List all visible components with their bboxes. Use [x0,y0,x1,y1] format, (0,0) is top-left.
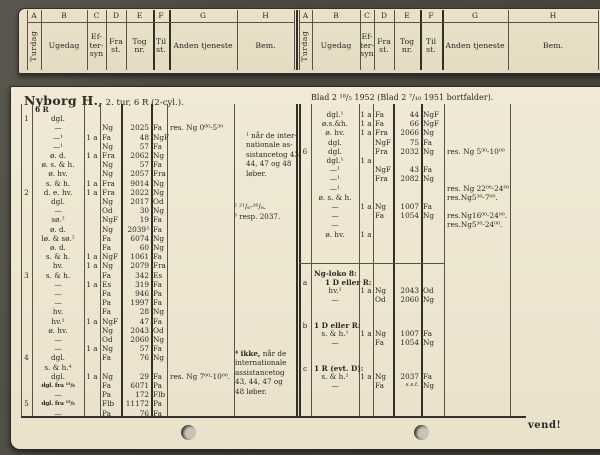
table-cell: 1 a [359,230,373,239]
table-cell: 2025 [121,123,151,132]
rule [106,10,107,70]
column-label-right: Turdag [299,23,312,69]
rule [296,10,298,70]
column-label-vertical: Turdag [301,31,310,62]
table-cell: —¹ [311,165,359,174]
table-cell: Ng [100,169,121,178]
scanned-duty-roster-card: ATurdagBUgedagCEf- ter- synDFra st.ETog … [0,0,600,455]
table-cell: Fa [373,119,393,128]
table-cell: Flb [100,399,121,408]
column-label-right: Ugedag [312,23,360,69]
table-cell: NgF [373,138,393,147]
table-cell: Ng [151,179,167,188]
anden-tjeneste-cell: res. Ng 22⁰⁰-24⁰⁰ [444,184,510,193]
table-cell: Fa [100,133,121,142]
table-cell: Fa [151,252,167,261]
table-cell: lø. & sø.² [32,234,84,243]
table-cell: Fa [151,317,167,326]
table-cell: 172 [121,390,151,399]
table-cell: Fa [421,138,444,147]
table-cell: 1 a [359,128,373,137]
table-cell: Fra [151,261,167,270]
column-label-left: Ef- ter- syn [87,23,106,69]
rule [312,10,313,70]
table-cell: 1 a [359,156,373,165]
table-cell: — [311,338,359,347]
table-cell: Ng [151,353,167,362]
table-cell: Fa [373,110,393,119]
column-label-right: Bem. [508,23,598,69]
table-cell: — [32,289,84,298]
column-label-left: Tog nr. [126,23,153,69]
table-cell: 1 a [359,372,373,381]
table-cell: Pa [100,390,121,399]
punch-hole [181,425,196,440]
rule [41,10,42,70]
table-cell: Ng [421,211,444,220]
rule [299,22,598,23]
column-label-right: Fra st. [374,23,394,69]
table-cell: Ng [421,174,444,183]
table-cell: Fa [151,123,167,132]
table-cell: Pa [151,381,167,390]
rule [299,263,445,264]
table-cell: Ng [151,243,167,252]
table-cell: Fa [373,211,393,220]
table-cell: Ng [100,142,121,151]
table-cell: 342 [121,271,151,280]
rule [21,104,22,416]
rule [442,10,444,70]
table-cell: Fa [100,289,121,298]
table-cell: 1 a [359,329,373,338]
table-cell: Fa [373,338,393,347]
table-cell: 1 a [359,202,373,211]
table-cell: Ng [100,344,121,353]
table-cell: dgl. [32,114,84,123]
table-bottom-rule [21,416,526,418]
column-letter-left: E [126,10,153,22]
table-cell: — [32,344,84,353]
table-cell: 1 a [84,372,100,381]
table-cell: 1 a [359,286,373,295]
rule [27,22,294,23]
table-cell: 2060 [393,295,421,304]
table-cell: 2017 [121,197,151,206]
table-cell: ø. hv. [311,128,359,137]
table-cell: Ng [421,381,444,390]
column-label-left: Ugedag [41,23,87,69]
table-cell: 5 [21,399,32,408]
table-cell: dgl.¹ [311,156,359,165]
table-cell: s. & h.⁴ [32,363,84,372]
table-cell: 1 a [84,188,100,197]
table-cell: 19 [121,215,151,224]
bem-note-4: ⁴ ikke, når de internationale assistance… [235,349,301,396]
table-cell: Fa [151,142,167,151]
column-letter-right: C [360,10,374,22]
table-cell: 1 a [84,133,100,142]
table-cell: Ng [151,307,167,316]
table-cell: Ng [100,372,121,381]
rule [169,10,171,70]
table-cell: Pa [100,298,121,307]
table-cell: NgF [100,252,121,261]
table-cell: Fa [151,280,167,289]
rule [598,10,599,70]
rule [374,10,375,70]
table-cell: 66 [393,119,421,128]
table-cell: dgl. [32,353,84,362]
column-letter-left: B [41,10,87,22]
column-label-right: Tog nr. [394,23,420,69]
table-cell: 2066 [393,128,421,137]
column-letter-right: G [442,10,508,22]
table-cell: dgl. [32,372,84,381]
table-cell: 43 [393,165,421,174]
anden-tjeneste-cell: res.Ng16⁰⁰-24⁰⁰. [444,211,510,220]
column-letter-right: E [394,10,420,22]
table-cell: 946 [121,289,151,298]
table-cell: ø. d. [32,243,84,252]
column-letter-right: H [508,10,598,22]
column-label-left: Turdag [27,23,41,69]
table-cell: NgF [421,110,444,119]
table-cell: Fa [100,307,121,316]
table-cell: —¹ [32,142,84,151]
table-cell: ø. d. [32,225,84,234]
table-cell: Fa [151,298,167,307]
rule [394,10,395,70]
column-letter-right: D [374,10,394,22]
table-cell: 3 [21,271,32,280]
table-cell: dgl. fra ¹⁵/₆ [32,381,84,390]
table-cell: Od [100,335,121,344]
table-cell: Fa [100,271,121,280]
table-cell: Od [100,206,121,215]
bem-note-3: ³ resp. 2037. [234,212,280,221]
punch-hole [414,425,429,440]
table-cell: 2 [21,188,32,197]
table-cell: Fa [100,353,121,362]
table-cell: 1 a [84,280,100,289]
table-cell: Ng [151,188,167,197]
table-cell: 319 [121,280,151,289]
table-cell: NgF [373,165,393,174]
table-cell: Fa [151,225,167,234]
table-cell: s. & h. [32,252,84,261]
table-cell: NgF [100,317,121,326]
table-cell: dgl. [311,147,359,156]
table-cell: 4 [21,353,32,362]
column-label-right: Til st. [420,23,442,69]
table-cell: Fa [100,381,121,390]
table-cell: 1007 [393,202,421,211]
table-cell: — [311,202,359,211]
table-cell: NgF [151,133,167,142]
table-cell: 1 a [359,119,373,128]
table-cell: 57 [121,160,151,169]
rule [167,104,168,416]
table-cell: — [311,295,359,304]
table-cell: Fa [100,243,121,252]
table-cell: Ng [421,338,444,347]
table-cell: — [311,220,359,229]
column-letter-left: F [153,10,169,22]
table-cell: 1 a [359,110,373,119]
table-cell: ø. hv. [311,230,359,239]
duty-card: Nyborg H., 2. tur, 6 R (2-cyl.). Blad 2 … [10,86,600,450]
table-cell: Ng [421,128,444,137]
table-cell: 1 a [84,151,100,160]
column-label-left: Bem. [237,23,294,69]
table-cell: hv. [32,307,84,316]
table-cell: 75 [393,138,421,147]
table-cell: Ng [100,261,121,270]
table-cell: Ng [421,147,444,156]
header-card: ATurdagBUgedagCEf- ter- synDFra st.ETog … [18,8,600,74]
table-cell: 2057 [121,169,151,178]
table-cell: hv. [32,261,84,270]
table-cell: — [32,280,84,289]
table-cell: ø. d. [32,151,84,160]
column-label-right: Ef- ter- syn [360,23,374,69]
table-cell: 76 [121,353,151,362]
table-cell: Fa [421,202,444,211]
table-cell: Od [151,197,167,206]
column-label-right: Anden tjeneste [442,23,508,69]
table-cell: a [299,278,311,287]
table-cell: dgl. [32,197,84,206]
rule [126,10,127,70]
table-cell: 2082 [393,174,421,183]
table-cell: 2022 [121,188,151,197]
rule [153,10,155,70]
table-cell: Ng [100,225,121,234]
bem-note-4-lead: ⁴ ikke, [235,349,260,358]
right-duty-table: dgl.¹1 aFa44NgFø.s.&h.1 aFa66NgFø. hv.1 … [299,104,600,416]
table-cell: 2032 [393,147,421,156]
table-cell: 60 [121,243,151,252]
column-label-left: Fra st. [106,23,126,69]
table-cell: Pa [151,399,167,408]
table-cell: 9014 [121,179,151,188]
table-cell: dgl.¹ [311,110,359,119]
table-cell: 1997 [121,298,151,307]
table-cell: Fra [100,188,121,197]
table-cell: 1054 [393,338,421,347]
table-cell: Pa [151,289,167,298]
table-cell: s. & h. [32,179,84,188]
table-cell: 1 a [84,344,100,353]
table-cell: Ng [421,295,444,304]
table-cell: ø. hv. [32,169,84,178]
table-cell: ø. s. & h. [32,160,84,169]
table-cell: 1 a [84,179,100,188]
table-cell: 1 a [84,317,100,326]
table-cell: 28 [121,307,151,316]
table-cell: Fa [151,344,167,353]
rule [360,10,361,70]
table-cell: Es [100,280,121,289]
table-cell: — [311,381,359,390]
rule [508,10,509,70]
table-cell: dgl. fra ¹⁵/₆ [32,399,84,408]
rule [87,10,88,70]
column-letter-right: A [299,10,312,22]
table-cell: 1054 [393,211,421,220]
table-cell: Es [151,271,167,280]
table-cell: Fa [373,381,393,390]
table-cell: 1 [21,114,32,123]
table-cell: 6 R [32,105,84,114]
rule [510,104,511,416]
rule [237,10,238,70]
column-letter-left: D [106,10,126,22]
table-cell: 2079 [121,261,151,270]
table-cell: —¹ [32,133,84,142]
bem-note-2: ² ²¹/₆-¹⁶/₈. [234,202,266,211]
table-cell: — [32,335,84,344]
table-cell: Ng [373,202,393,211]
table-cell: Fa [100,234,121,243]
column-letter-left: H [237,10,294,22]
table-cell: 2039³ [121,225,151,234]
vend-label: vend! [528,420,561,431]
table-cell: Fa [151,372,167,381]
table-cell: 1061 [121,252,151,261]
table-cell: Ng [151,206,167,215]
table-cell: 6074 [121,234,151,243]
table-cell: NgF [100,215,121,224]
table-cell: Fra [151,169,167,178]
table-cell: 29 [121,372,151,381]
column-letter-left: A [27,10,41,22]
bem-note-1: ¹ når de inter- nationale as- sistanceto… [246,131,308,178]
table-cell: Ng [151,151,167,160]
column-label-left: Til st. [153,23,169,69]
table-cell: Fra [100,151,121,160]
table-cell: Fra [373,147,393,156]
table-cell: — [32,206,84,215]
table-cell: —¹ [311,174,359,183]
table-cell: dgl. [311,138,359,147]
rule [294,10,295,70]
table-cell: Fa [151,160,167,169]
table-cell: 1 a [84,261,100,270]
table-cell: Fra [100,179,121,188]
table-cell: 48 [121,133,151,142]
table-cell: hv.¹ [32,317,84,326]
column-letter-left: G [169,10,237,22]
table-cell: — [32,298,84,307]
table-cell: Flb [151,390,167,399]
table-cell: Ng [151,335,167,344]
table-cell: d. e. hv. [32,188,84,197]
table-cell: —¹ [311,184,359,193]
table-cell: 2060 [121,335,151,344]
table-cell: 2062 [121,151,151,160]
table-cell: Ng [100,123,121,132]
table-cell: NgF [421,119,444,128]
table-cell: Ng [100,326,121,335]
table-cell: 6071 [121,381,151,390]
column-letter-left: C [87,10,106,22]
rule [27,10,28,70]
table-cell: s.s.t. [393,381,421,390]
table-cell: sø.² [32,215,84,224]
table-cell: 11172 [121,399,151,408]
rule [420,10,422,70]
anden-tjeneste-cell: res.Ng5³⁰-7⁰⁰. [444,193,510,202]
blad-info: Blad 2 ¹⁸/₅ 1952 (Blad 2 ⁷/₁₀ 1951 bortf… [311,93,493,102]
table-cell: 1 a [84,252,100,261]
table-cell: Fra [373,128,393,137]
column-label-left: Anden tjeneste [169,23,237,69]
table-cell: Fa [151,215,167,224]
table-cell: 57 [121,344,151,353]
table-cell: Fa [421,165,444,174]
table-cell: 44 [393,110,421,119]
anden-tjeneste-cell: res.Ng5³⁰-24⁰⁰. [444,220,510,229]
table-cell: Fra [373,174,393,183]
table-cell: — [32,390,84,399]
table-cell: — [311,211,359,220]
anden-tjeneste-cell: res. Ng 7⁰⁰-10⁰⁰. [167,372,234,381]
anden-tjeneste-cell: res. Ng 5³⁰-10⁰⁰ [444,147,510,156]
table-cell: Ng [100,197,121,206]
table-cell: 30 [121,206,151,215]
rule [299,10,300,70]
table-cell: ø.s.&h. [311,119,359,128]
table-cell: Ng [151,234,167,243]
table-cell: 47 [121,317,151,326]
table-cell: 2043 [121,326,151,335]
column-label-vertical: Turdag [30,31,39,62]
table-cell: s. & h. [32,271,84,280]
anden-tjeneste-cell: res. Ng 0⁰⁰-5³⁰ [167,123,234,132]
table-cell: Od [373,295,393,304]
table-cell: Od [151,326,167,335]
table-cell: Ng [100,160,121,169]
table-cell: — [32,123,84,132]
table-cell: ø. s. & h. [311,193,359,202]
table-cell: 57 [121,142,151,151]
table-cell: ø. hv. [32,326,84,335]
column-letter-right: F [420,10,442,22]
column-letter-right: B [312,10,360,22]
table-cell: b [299,321,311,330]
